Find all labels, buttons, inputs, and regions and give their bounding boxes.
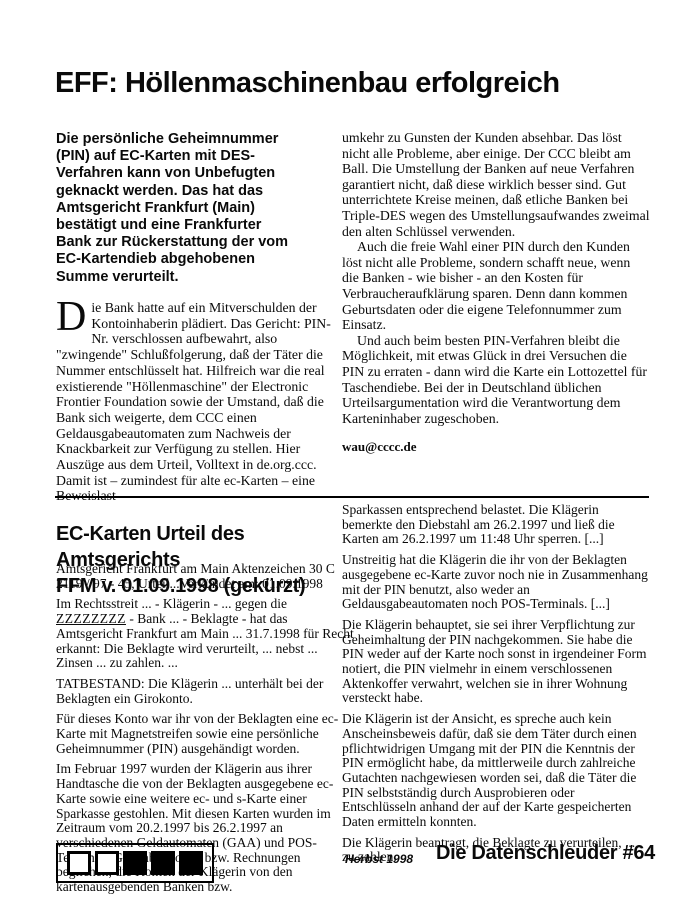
registration-mark-icon [179,851,203,875]
registration-mark-icon [123,851,147,875]
ruling-paragraph: Die Klägerin behauptet, sie sei ihrer Ve… [342,618,650,706]
article-body-left-column: Die Bank hatte auf ein Mitverschulden de… [56,300,348,504]
body-paragraph: umkehr zu Gunsten der Kunden absehbar. D… [342,130,650,239]
ruling-paragraph: Die Klägerin ist der Ansicht, es spreche… [342,712,650,830]
author-email: wau@cccc.de [342,439,650,455]
section-divider [55,496,649,498]
lead-paragraph: Die persönliche Geheimnummer (PIN) auf E… [56,131,356,286]
ruling-right-column: Sparkassen entsprechend belastet. Die Kl… [342,503,650,871]
ruling-paragraph: Unstreitig hat die Klägerin die ihr von … [342,553,650,612]
ruling-paragraph: TATBESTAND: Die Klägerin ... unterhält b… [56,677,354,706]
footer-season: Herbst 1998 [345,852,413,866]
ruling-paragraph: Für dieses Konto war ihr von der Beklagt… [56,712,354,756]
rechtsstreit-text: Im Rechtsstreit ... - Klägerin - ... geg… [56,596,287,611]
ruling-paragraph: Im Rechtsstreit ... - Klägerin - ... geg… [56,597,354,671]
registration-mark-icon [151,851,175,875]
footer-registration-marks [56,843,214,883]
ruling-paragraph: Sparkassen entsprechend belastet. Die Kl… [342,503,650,547]
ruling-paragraph: Amtsgericht Frankfurt am Main Aktenzeich… [56,562,354,591]
body-paragraph: Und auch beim besten PIN-Verfahren bleib… [342,333,650,427]
body-paragraph: ie Bank hatte auf ein Mitverschulden der… [56,300,331,503]
page-title: EFF: Höllenmaschinenbau erfolgreich [55,67,560,100]
article-body-right-column: umkehr zu Gunsten der Kunden absehbar. D… [342,130,650,455]
registration-mark-icon [95,851,119,875]
registration-mark-icon [67,851,91,875]
redacted-bank-name: ZZZZZZZZ [56,611,126,626]
footer-magazine-title: Die Datenschleuder #64 [436,842,655,865]
magazine-page: EFF: Höllenmaschinenbau erfolgreich Die … [0,0,700,906]
drop-cap: D [56,300,91,332]
body-paragraph: Auch die freie Wahl einer PIN durch den … [342,239,650,333]
